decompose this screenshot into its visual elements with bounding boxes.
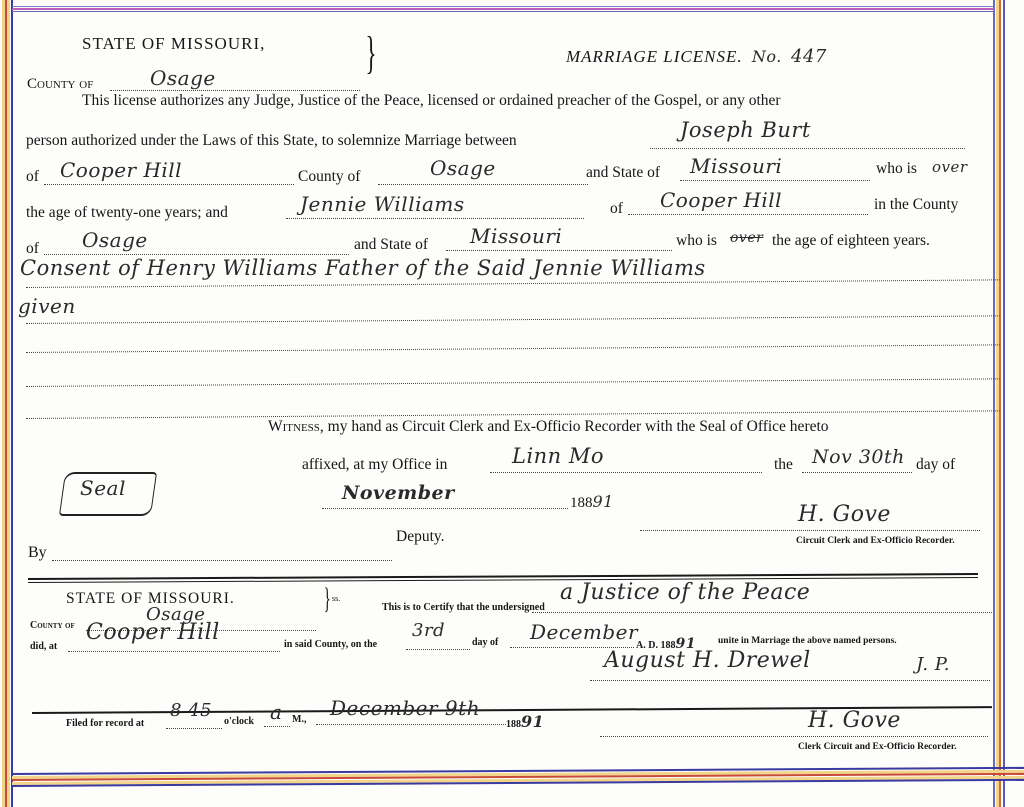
blank-line-4 — [26, 378, 1000, 387]
groom-county-line — [378, 184, 588, 185]
license-number[interactable]: 447 — [791, 46, 827, 67]
day-field[interactable]: Nov 30th — [812, 446, 905, 468]
bride-name-field[interactable]: Jennie Williams — [300, 192, 465, 216]
filing-clerk-title: Clerk Circuit and Ex-Officio Recorder. — [798, 742, 957, 752]
license-title: MARRIAGE LICENSE. No. 447 — [566, 46, 827, 67]
blank-line-3 — [26, 344, 1000, 353]
bride-state-field[interactable]: Missouri — [470, 224, 562, 248]
month-field[interactable]: November — [342, 482, 455, 504]
groom-state-field[interactable]: Missouri — [690, 154, 782, 178]
top-border — [12, 6, 994, 20]
deputy-label: Deputy. — [396, 528, 445, 546]
groom-name-line — [650, 148, 965, 149]
witness-line-1: Witness, my hand as Circuit Clerk and Ex… — [268, 418, 829, 436]
office-location-field[interactable]: Linn Mo — [512, 444, 604, 468]
meridiem-label: M., — [292, 714, 306, 725]
witness-text: my hand as Circuit Clerk and Ex-Officio … — [328, 418, 829, 435]
day-line — [802, 472, 912, 473]
oclock-label: o'clock — [224, 716, 254, 727]
cert-unite-text: unite in Marriage the above named person… — [718, 636, 897, 646]
bride-name-line — [286, 218, 584, 219]
license-number-prefix: No. — [752, 47, 782, 66]
filed-meridiem-field[interactable]: a — [270, 700, 282, 724]
seal-label: Seal — [80, 476, 126, 500]
bride-town-line — [628, 214, 868, 215]
consent-field-2[interactable]: given — [18, 294, 76, 318]
cert-did-at-label: did, at — [30, 641, 57, 652]
cert-brace: } — [324, 584, 331, 614]
cert-certify-text: This is to Certify that the undersigned — [382, 602, 545, 613]
year-field[interactable]: 91 — [593, 492, 614, 511]
state-heading: STATE OF MISSOURI, — [82, 34, 265, 54]
cert-day-field[interactable]: 3rd — [412, 620, 445, 641]
in-county-label: in the County — [874, 196, 958, 214]
year-label: 18891 — [570, 492, 614, 512]
groom-state-label: and State of — [586, 164, 660, 182]
body-line-1: This license authorizes any Judge, Justi… — [82, 92, 781, 110]
cert-place-field[interactable]: Cooper Hill — [86, 620, 220, 645]
groom-county-label: County of — [298, 168, 360, 186]
cert-officiant-title[interactable]: a Justice of the Peace — [560, 580, 810, 605]
groom-of-label: of — [26, 168, 39, 186]
body-line-2: person authorized under the Laws of this… — [26, 132, 517, 150]
filed-year-prefix: 188 — [506, 719, 521, 730]
deputy-line — [52, 560, 392, 561]
county-field-line — [110, 90, 360, 91]
cert-officiant-line — [532, 612, 992, 613]
cert-in-said-county: in said County, on the — [284, 639, 377, 650]
bride-town-field[interactable]: Cooper Hill — [660, 188, 782, 212]
groom-town-line — [44, 184, 294, 185]
clerk-signature-line — [640, 530, 980, 531]
license-title-text: MARRIAGE LICENSE. — [566, 47, 743, 66]
filed-label: Filed for record at — [66, 718, 144, 729]
month-line — [322, 508, 568, 509]
county-label: County of — [27, 76, 93, 93]
bride-county-field[interactable]: Osage — [82, 228, 148, 252]
filing-clerk-signature: H. Gove — [808, 708, 901, 733]
bride-state-line — [446, 250, 672, 251]
cert-month-field[interactable]: December — [530, 620, 638, 644]
bride-state-label: and State of — [354, 236, 428, 254]
groom-name-field[interactable]: Joseph Burt — [680, 118, 811, 142]
filing-clerk-line — [600, 736, 988, 737]
affixed-label: affixed, at my Office in — [302, 456, 447, 474]
clerk-signature: H. Gove — [798, 502, 891, 527]
age21-text: the age of twenty-one years; and — [26, 204, 228, 222]
officiant-suffix: J. P. — [916, 654, 950, 675]
bride-who-is-label: who is — [676, 232, 717, 250]
filed-time-field[interactable]: 8 45 — [170, 700, 212, 721]
cert-county-label: County of — [30, 620, 75, 631]
day-of-label: day of — [916, 456, 955, 474]
year-prefix: 188 — [570, 495, 593, 511]
groom-age-qualifier[interactable]: over — [932, 158, 968, 176]
bottom-border — [12, 767, 1024, 787]
filed-time-line — [166, 728, 222, 729]
groom-town-field[interactable]: Cooper Hill — [60, 158, 182, 182]
county-field[interactable]: Osage — [150, 66, 216, 90]
groom-county-field[interactable]: Osage — [430, 156, 496, 180]
filed-meridiem-line — [264, 726, 290, 727]
consent-field-1[interactable]: Consent of Henry Williams Father of the … — [20, 256, 706, 280]
filed-date-line — [316, 724, 506, 725]
header-brace: } — [366, 30, 377, 76]
cert-ss-label: ss. — [332, 594, 340, 603]
cert-day-of-label: day of — [472, 637, 498, 648]
filed-date-field[interactable]: December 9th — [330, 696, 480, 720]
groom-who-is-label: who is — [876, 160, 917, 178]
clerk-title: Circuit Clerk and Ex-Officio Recorder. — [796, 536, 955, 546]
groom-state-line — [680, 180, 870, 181]
filed-year-field[interactable]: 91 — [521, 712, 544, 731]
bride-of-label: of — [610, 200, 623, 218]
cert-day-line — [406, 649, 470, 650]
cert-place-line — [68, 651, 280, 652]
right-border — [993, 0, 1007, 807]
cert-signature-line — [590, 680, 990, 681]
witness-lead: Witness, — [268, 418, 324, 435]
filed-year-label: 18891 — [506, 712, 544, 731]
age18-text: the age of eighteen years. — [772, 232, 930, 250]
bride-county-line — [44, 254, 349, 255]
by-label: By — [28, 544, 47, 562]
consent-line-1 — [26, 279, 1000, 288]
left-border — [2, 0, 16, 807]
bride-age-qualifier[interactable]: over — [730, 230, 763, 246]
consent-line-2 — [26, 315, 1000, 324]
officiant-signature: August H. Drewel — [604, 648, 811, 673]
the-label: the — [774, 456, 793, 474]
office-location-line — [490, 472, 762, 473]
